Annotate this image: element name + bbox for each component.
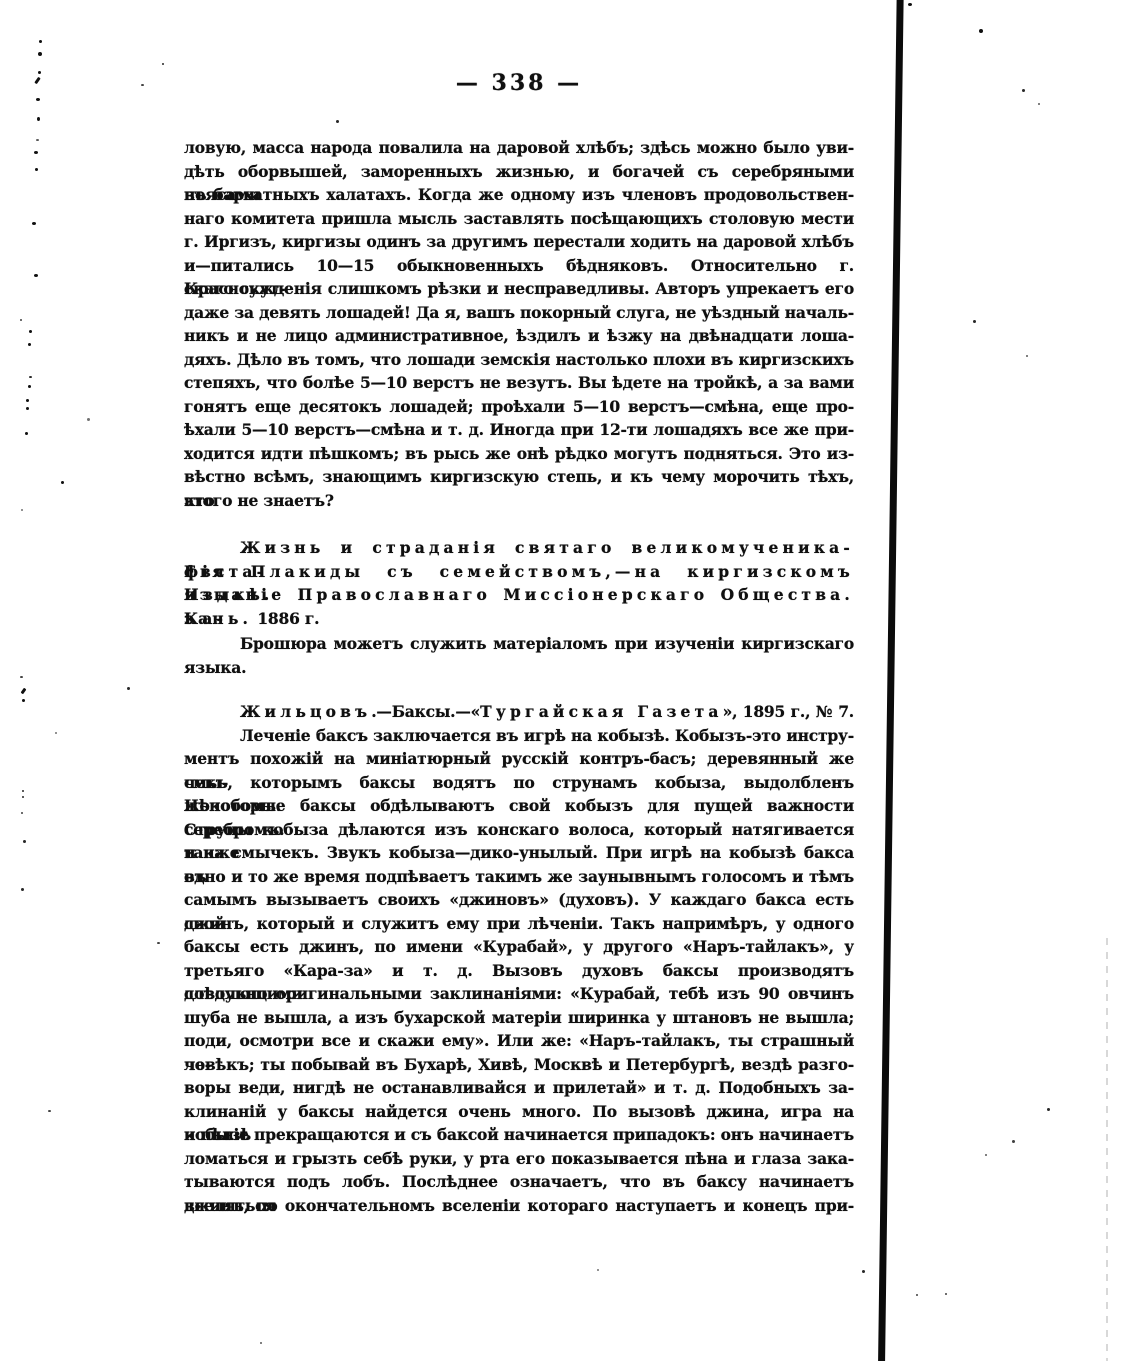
text-line: языка. [184, 656, 854, 680]
ink-speck [28, 343, 31, 346]
ink-speck [38, 71, 41, 74]
ink-speck [34, 77, 40, 84]
text-line: и на смычекъ. Звукъ кобыза—дико-унылый. … [184, 841, 854, 865]
ink-speck [29, 330, 32, 333]
text-line: наго комитета пришла мысль заставлять по… [184, 207, 854, 231]
text-segment: ломаться и грызть себѣ руки, у рта его п… [184, 1149, 854, 1168]
scanned-book-page: — 338 — ловую, масса народа повалила на … [0, 0, 1140, 1361]
text-line: гонятъ еще десятокъ лошадей; проѣхали 5—… [184, 395, 854, 419]
text-line: степяхъ, что болѣе 5—10 верстъ не везутъ… [184, 371, 854, 395]
text-segment: », 1895 г., № 7. [723, 702, 854, 721]
text-segment: джинъ, по окончательномъ вселеніи котора… [184, 1196, 854, 1215]
page-text-block: ловую, масса народа повалила на даровой … [184, 136, 854, 1217]
ink-speck [32, 222, 36, 225]
text-line: Изданіе Православнаго Миссіонерскаго Общ… [184, 583, 854, 607]
text-segment: этого не знаетъ? [184, 491, 334, 510]
page-number: — 338 — [184, 70, 854, 96]
ink-speck [141, 84, 144, 86]
ink-speck [22, 790, 24, 792]
text-segment: воры веди, нигдѣ не останавливайся и при… [184, 1078, 854, 1097]
text-line: поди, осмотри все и скажи ему». Или же: … [184, 1029, 854, 1053]
text-line: одно и то же время подпѣваетъ такимъ же … [184, 865, 854, 889]
text-line: Брошюра можетъ служить матеріаломъ при и… [184, 632, 854, 656]
ink-speck [35, 168, 38, 171]
ink-speck [34, 151, 38, 154]
text-line: вѣстно всѣмъ, знающимъ киргизскую степь,… [184, 465, 854, 489]
scan-gutter-line [878, 0, 904, 1361]
ink-speck [945, 1293, 947, 1295]
ink-speck [25, 432, 28, 435]
text-segment: никъ и не лицо административное, ѣздилъ … [184, 326, 854, 345]
text-line: баксы есть джинъ, по имени «Курабай», у … [184, 935, 854, 959]
ink-speck [908, 3, 912, 6]
text-segment: и пѣніе прекращаются и съ баксой начинае… [184, 1125, 854, 1144]
text-segment: въ бархатныхъ халатахъ. Когда же одному … [184, 185, 854, 204]
text-segment: дяхъ. Дѣло въ томъ, что лошади земскія н… [184, 350, 854, 369]
text-segment: .—Баксы.—« [371, 702, 480, 721]
text-segment: 1886 г. [252, 609, 319, 628]
text-line: ловую, масса народа повалила на даровой … [184, 136, 854, 160]
ink-speck [48, 1110, 51, 1112]
text-segment: наго комитета пришла мысль заставлять по… [184, 209, 854, 228]
ink-speck [38, 52, 42, 56]
text-line: чекъ, которымъ баксы водятъ по струнамъ … [184, 771, 854, 795]
text-line: и пѣніе прекращаются и съ баксой начинае… [184, 1123, 854, 1147]
ink-speck [21, 509, 23, 511]
ink-speck [28, 385, 31, 388]
text-line: джинъ, который и служитъ ему при лѣченіи… [184, 912, 854, 936]
ink-speck [127, 687, 130, 690]
ink-speck [34, 274, 38, 277]
text-line: самымъ вызываетъ своихъ «джиновъ» (духов… [184, 888, 854, 912]
text-segment: довольно оригинальными заклинаніями: «Ку… [184, 984, 854, 1003]
ink-speck [862, 1270, 865, 1273]
ink-speck [37, 117, 40, 121]
ink-speck [597, 1269, 599, 1271]
ink-speck [87, 418, 90, 421]
ink-speck [29, 376, 32, 378]
letterspaced-text: зань. [184, 609, 252, 628]
ink-speck [55, 732, 57, 734]
ink-speck [21, 688, 27, 695]
text-line: тываются подъ лобъ. Послѣднее означаетъ,… [184, 1170, 854, 1194]
text-segment: Брошюра можетъ служить матеріаломъ при и… [240, 634, 854, 653]
text-segment: Леченіе баксъ заключается въ игрѣ на коб… [240, 726, 854, 745]
text-line: ломаться и грызть себѣ руки, у рта его п… [184, 1147, 854, 1171]
text-line: Леченіе баксъ заключается въ игрѣ на коб… [184, 724, 854, 748]
text-line: г. Иргизъ, киргизы одинъ за другимъ пере… [184, 230, 854, 254]
ink-speck [21, 812, 23, 814]
text-line: этого не знаетъ? [184, 489, 854, 513]
article-body: Леченіе баксъ заключается въ игрѣ на коб… [184, 724, 854, 1218]
ink-speck [162, 63, 164, 65]
text-line: довольно оригинальными заклинаніями: «Ку… [184, 982, 854, 1006]
text-segment: ходится идти пѣшкомъ; въ рысь же онѣ рѣд… [184, 444, 854, 463]
text-segment: баксы есть джинъ, по имени «Курабай», у … [184, 937, 854, 956]
text-line: Жильцовъ.—Баксы.—«Тургайская Газета», 18… [184, 700, 854, 724]
ink-speck [39, 40, 42, 43]
ink-speck [157, 942, 160, 944]
text-line: дѣть оборвышей, заморенныхъ жизнью, и бо… [184, 160, 854, 184]
ink-speck [61, 481, 64, 484]
ink-speck [1047, 1108, 1050, 1111]
text-segment: ѣхали 5—10 верстъ—смѣна и т. д. Иногда п… [184, 420, 854, 439]
text-line: ходится идти пѣшкомъ; въ рысь же онѣ рѣд… [184, 442, 854, 466]
ink-speck [20, 319, 22, 321]
ink-speck [1012, 1140, 1015, 1143]
text-line: даже за девять лошадей! Да я, вашъ покор… [184, 301, 854, 325]
ink-speck [1026, 355, 1028, 357]
text-line: клинаній у баксы найдется очень много. П… [184, 1100, 854, 1124]
text-segment: степяхъ, что болѣе 5—10 верстъ не везутъ… [184, 373, 854, 392]
text-line: въ бархатныхъ халатахъ. Когда же одному … [184, 183, 854, 207]
ink-speck [26, 407, 29, 410]
article-heading: Жильцовъ.—Баксы.—«Тургайская Газета», 18… [184, 700, 854, 724]
ink-speck [23, 840, 26, 843]
letterspaced-text: Жильцовъ [240, 702, 371, 721]
text-segment: даже за девять лошадей! Да я, вашъ покор… [184, 303, 854, 322]
text-segment: шуба не вышла, а изъ бухарской матеріи ш… [184, 1008, 854, 1027]
text-line: ментъ похожій на миніатюрный русскій кон… [184, 747, 854, 771]
text-line: третьяго «Кара-за» и т. д. Вызовъ духовъ… [184, 959, 854, 983]
ink-speck [973, 320, 976, 323]
text-segment: языка. [184, 658, 246, 677]
text-segment: скаго сужденія слишкомъ рѣзки и несправе… [184, 279, 854, 298]
letterspaced-text: Тургайская Газета [480, 702, 722, 721]
text-segment: джинъ, который и служитъ ему при лѣченіи… [184, 914, 854, 933]
bibliography-entry: Жизнь и страданія святаго великомученика… [184, 536, 854, 630]
ink-speck [21, 888, 24, 891]
text-line: зань. 1886 г. [184, 607, 854, 631]
text-line: Струны кобыза дѣлаются изъ конскаго воло… [184, 818, 854, 842]
text-line: скаго сужденія слишкомъ рѣзки и несправе… [184, 277, 854, 301]
text-line: никъ и не лицо административное, ѣздилъ … [184, 324, 854, 348]
text-segment: г. Иргизъ, киргизы одинъ за другимъ пере… [184, 232, 854, 251]
ink-speck [336, 120, 339, 123]
ink-speck [1038, 103, 1040, 105]
ink-speck [36, 139, 39, 141]
text-line: джинъ, по окончательномъ вселеніи котора… [184, 1194, 854, 1218]
ink-speck [22, 796, 24, 798]
text-line: ѣхали 5—10 верстъ—смѣна и т. д. Иногда п… [184, 418, 854, 442]
continuation-paragraph: ловую, масса народа повалила на даровой … [184, 136, 854, 512]
text-segment: ловую, масса народа повалила на даровой … [184, 138, 854, 157]
ink-speck [22, 699, 25, 702]
ink-speck [979, 29, 983, 33]
text-line: Нѣкоторые баксы обдѣлываютъ свой кобызъ … [184, 794, 854, 818]
ink-speck [36, 98, 40, 101]
text-line: Жизнь и страданія святаго великомученика… [184, 536, 854, 560]
ink-speck [985, 1154, 987, 1156]
ink-speck [916, 1294, 918, 1296]
scan-edge-faint-line [1106, 938, 1108, 1361]
text-segment: ловѣкъ; ты побывай въ Бухарѣ, Хивѣ, Моск… [184, 1055, 854, 1074]
text-line: ловѣкъ; ты побывай въ Бухарѣ, Хивѣ, Моск… [184, 1053, 854, 1077]
annotation: Брошюра можетъ служить матеріаломъ при и… [184, 632, 854, 679]
text-segment: гонятъ еще десятокъ лошадей; проѣхали 5—… [184, 397, 854, 416]
text-line: шуба не вышла, а изъ бухарской матеріи ш… [184, 1006, 854, 1030]
text-line: и—питались 10—15 обыкновенныхъ бѣдняковъ… [184, 254, 854, 278]
text-line: фія Плакиды съ семействомъ,—на киргизско… [184, 560, 854, 584]
ink-speck [1022, 89, 1025, 92]
ink-speck [20, 676, 23, 678]
text-segment: одно и то же время подпѣваетъ такимъ же … [184, 867, 854, 886]
ink-speck [260, 1342, 262, 1344]
ink-speck [26, 399, 29, 402]
text-line: воры веди, нигдѣ не останавливайся и при… [184, 1076, 854, 1100]
text-line: дяхъ. Дѣло въ томъ, что лошади земскія н… [184, 348, 854, 372]
